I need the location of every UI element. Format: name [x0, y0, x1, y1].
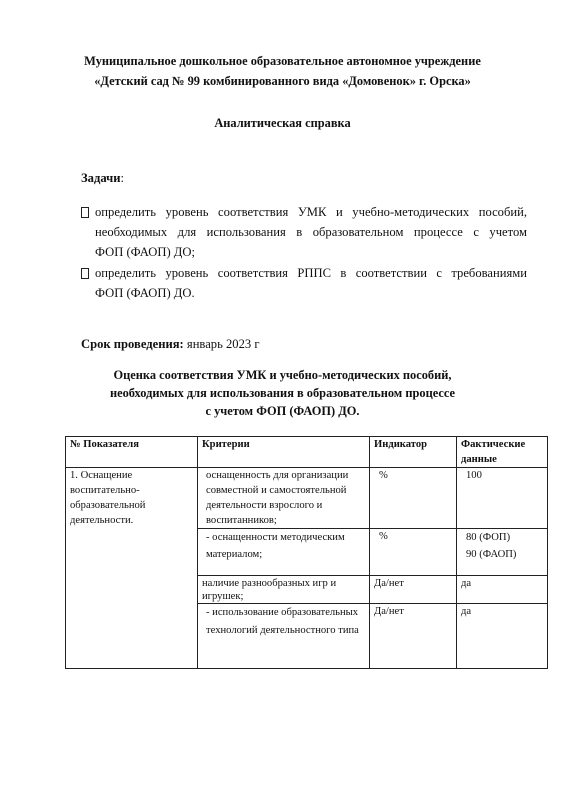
header-indicator: Индикатор [370, 437, 457, 468]
actual-cell: 100 [457, 468, 548, 529]
actual-value-faop: 90 (ФАОП) [466, 546, 543, 563]
task-2-line-2: ФОП (ФАОП) ДО. [95, 283, 527, 303]
indicator-cell: Да/нет [370, 576, 457, 604]
period-value: январь 2023 г [184, 337, 260, 351]
square-bullet-icon [81, 268, 89, 279]
criterion-cell: - использование образовательных технолог… [198, 604, 370, 669]
task-item-2: определить уровень соответствия РППС в с… [81, 263, 527, 303]
table-header-row: № Показателя Критерии Индикатор Фактичес… [66, 437, 548, 468]
period-label: Срок проведения: [81, 337, 184, 351]
task-2-line-1: определить уровень соответствия РППС в с… [95, 263, 527, 283]
indicator-group-cell: 1. Оснащение воспитательно-образовательн… [66, 468, 198, 669]
task-item-1: определить уровень соответствия УМК и уч… [81, 202, 527, 262]
table-row: 1. Оснащение воспитательно-образовательн… [66, 468, 548, 529]
square-bullet-icon [81, 207, 89, 218]
assessment-title-line-3: с учетом ФОП (ФАОП) ДО. [0, 402, 565, 421]
criterion-cell: - оснащенности методическим материалом; [198, 529, 370, 576]
assessment-title-line-2: необходимых для использования в образова… [0, 384, 565, 403]
assessment-table: № Показателя Критерии Индикатор Фактичес… [65, 436, 548, 669]
tasks-label-colon: : [120, 171, 124, 185]
header-actual-data: Фактические данные [457, 437, 548, 468]
tasks-heading: Задачи: [81, 168, 124, 188]
task-1-line-3: ФОП (ФАОП) ДО; [95, 242, 527, 262]
indicator-cell: % [370, 529, 457, 576]
period: Срок проведения: январь 2023 г [81, 334, 260, 354]
header-indicator-number: № Показателя [66, 437, 198, 468]
assessment-title-line-1: Оценка соответствия УМК и учебно-методич… [0, 366, 565, 385]
tasks-label: Задачи [81, 171, 120, 185]
document-title: Аналитическая справка [0, 114, 565, 133]
indicator-cell: % [370, 468, 457, 529]
task-1-line-1: определить уровень соответствия УМК и уч… [95, 202, 527, 222]
criterion-cell: наличие разнообразных игр и игрушек; [198, 576, 370, 604]
criterion-cell: оснащенность для организации совместной … [198, 468, 370, 529]
indicator-cell: Да/нет [370, 604, 457, 669]
organization-name-line-1: Муниципальное дошкольное образовательное… [0, 52, 565, 71]
task-1-line-2: необходимых для использования в образова… [95, 222, 527, 242]
organization-name-line-2: «Детский сад № 99 комбинированного вида … [0, 72, 565, 91]
actual-cell: да [457, 604, 548, 669]
actual-value-fop: 80 (ФОП) [466, 529, 543, 546]
actual-cell: 80 (ФОП) 90 (ФАОП) [457, 529, 548, 576]
actual-cell: да [457, 576, 548, 604]
header-criteria: Критерии [198, 437, 370, 468]
